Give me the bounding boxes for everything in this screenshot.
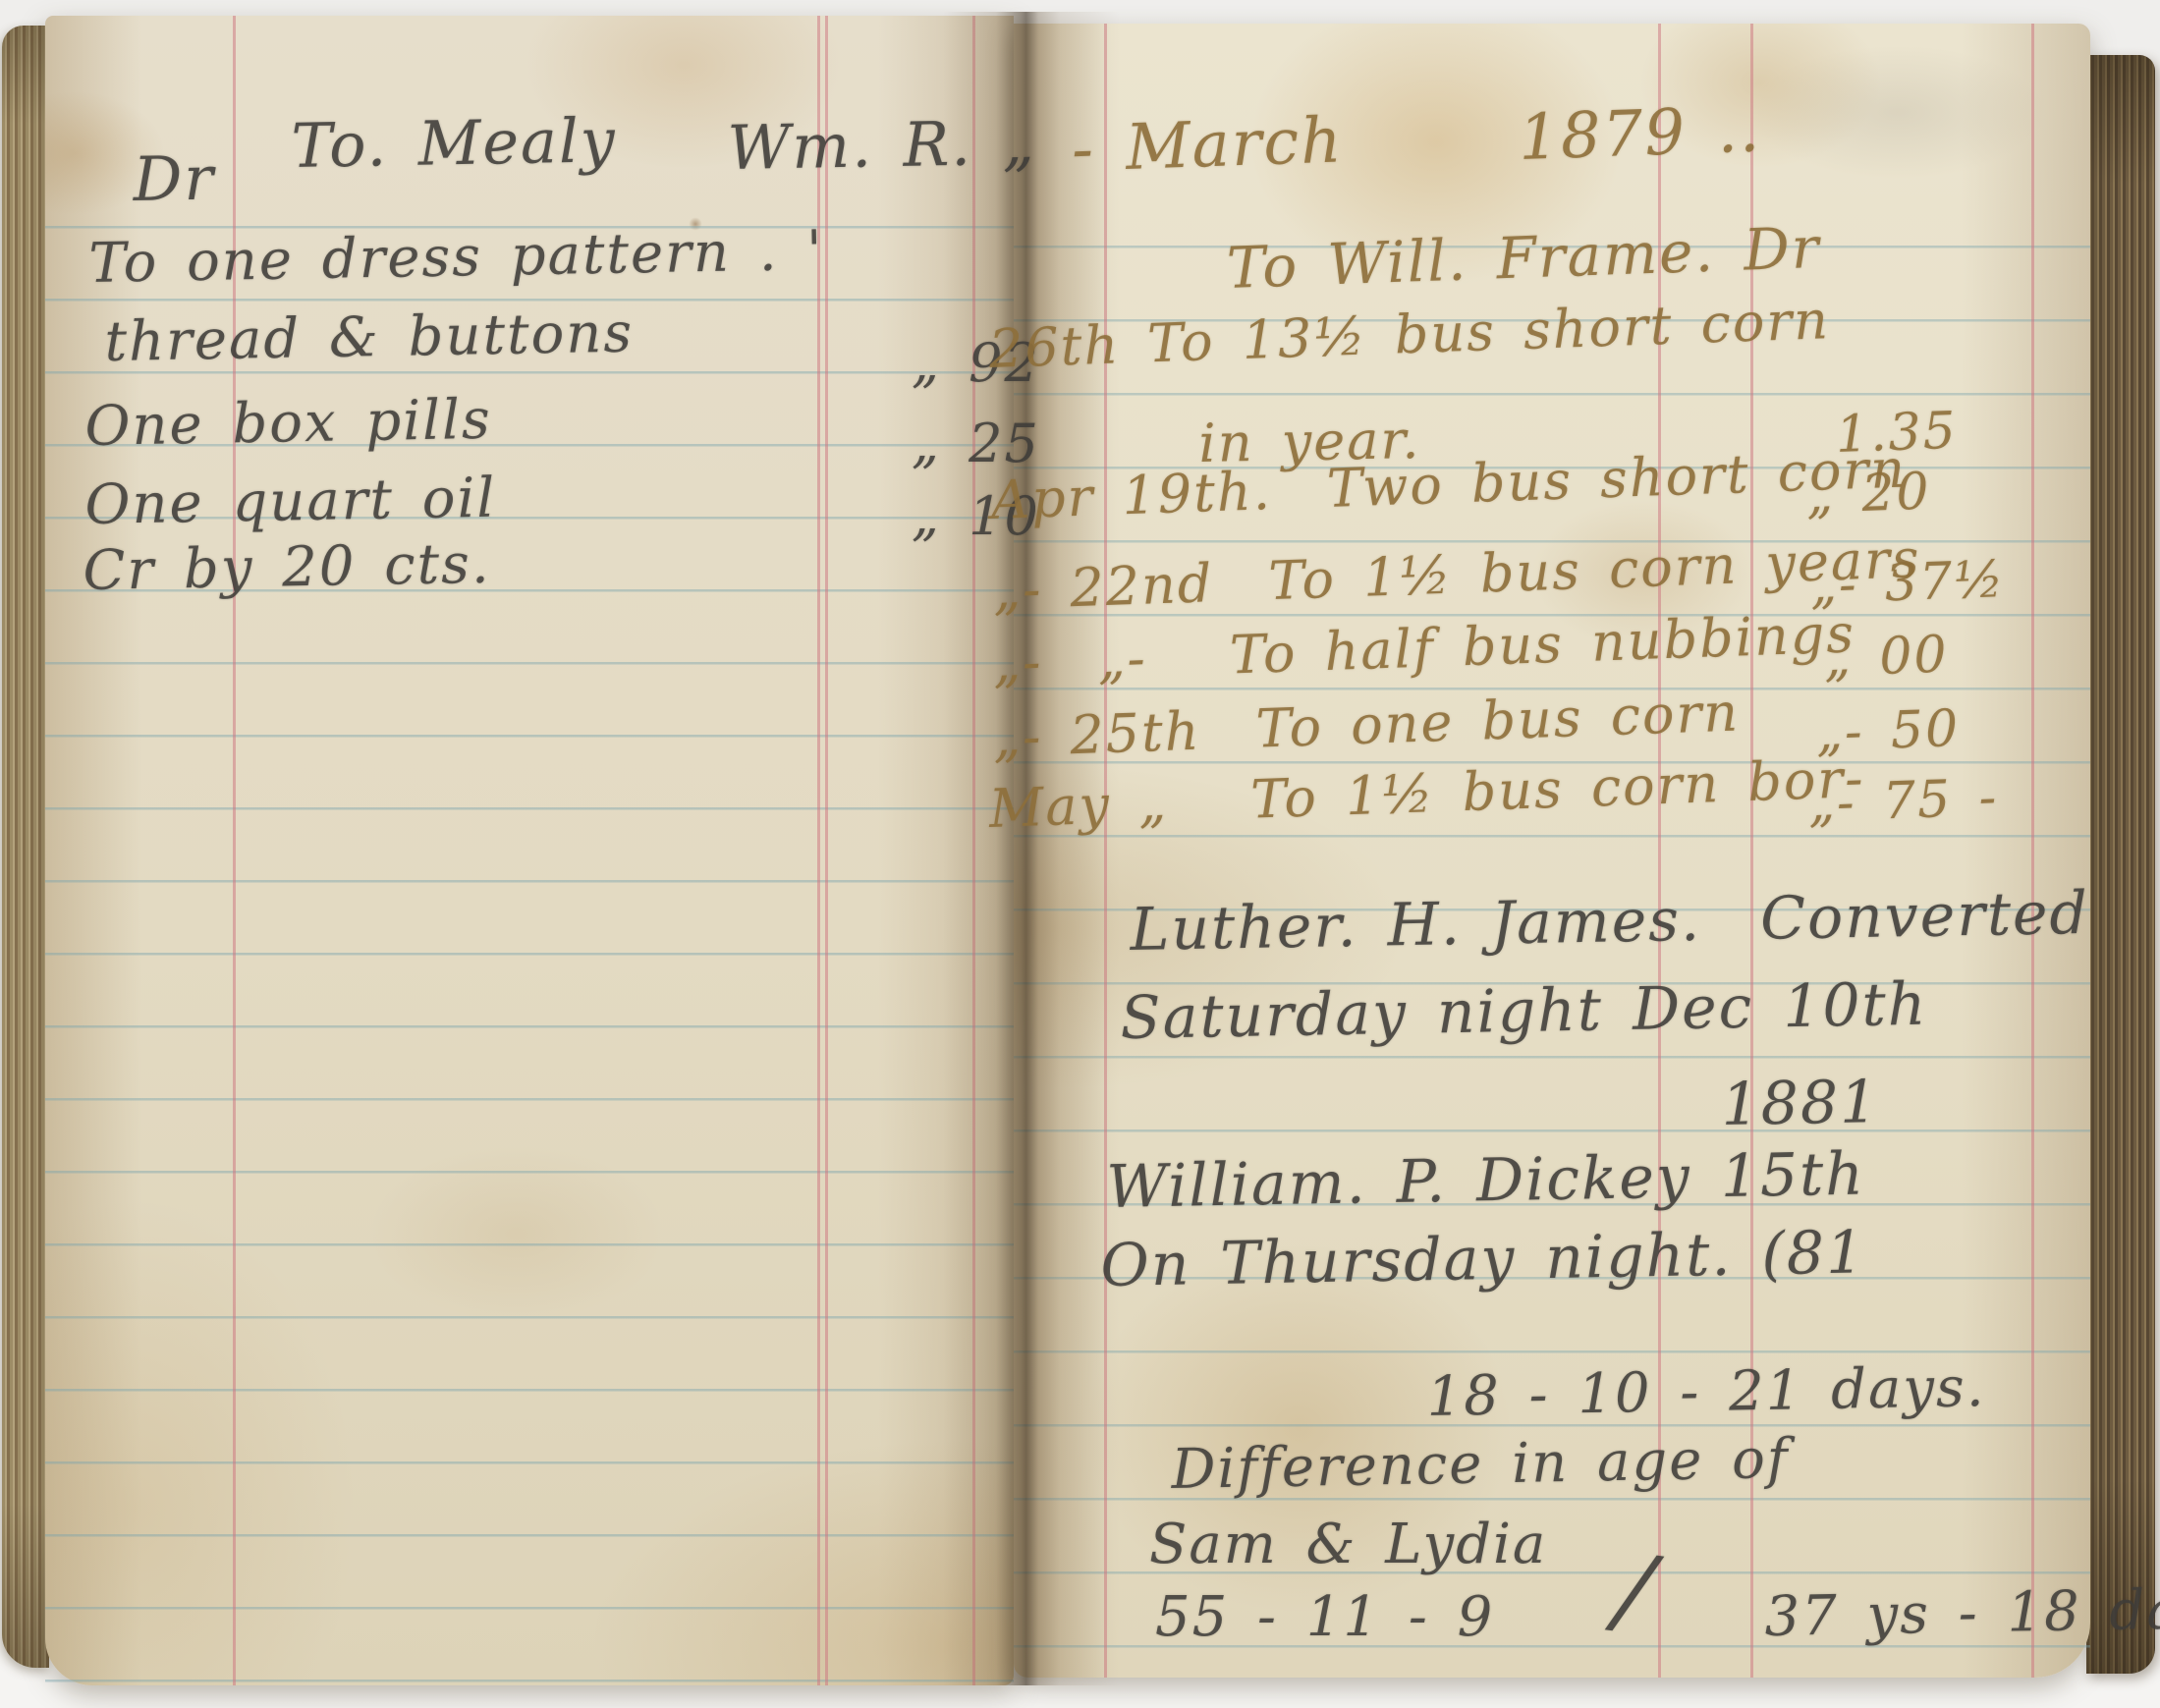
page-heading-text: Dr [133, 146, 215, 212]
ledger-entry-text: „- 25th To one bus corn [992, 685, 1741, 766]
handwriting-layer: DrTo. MealyWm. R. „To one dress pattern … [0, 0, 2160, 1708]
notebook-photo: DrTo. MealyWm. R. „To one dress pattern … [0, 0, 2160, 1708]
ledger-entry-text: One quart oil [84, 470, 497, 535]
ledger-amount: „- 75 - [1807, 771, 1999, 831]
memo-line: William. P. Dickey 15th [1106, 1144, 1865, 1219]
ledger-amount: „ 20 [1805, 466, 1931, 523]
note-line: Sam & Lydia [1149, 1516, 1547, 1574]
memo-line: 1881 [1721, 1072, 1880, 1136]
ledger-entry-text: To one dress pattern . ' [88, 223, 824, 294]
page-heading-text: Wm. R. „ [727, 111, 1036, 181]
page-heading-text: 1879 .. [1518, 97, 1762, 172]
note-line: Difference in age of [1171, 1431, 1790, 1500]
memo-line: On Thursday night. (81 [1100, 1222, 1866, 1297]
ledger-entry-text: „- „- To half bus nubbings [992, 606, 1856, 691]
note-line: 37 ys - 18 days [1764, 1580, 2160, 1646]
memo-line: Luther. H. James. Converted [1130, 883, 2089, 962]
note-line: 18 - 10 - 21 days. [1426, 1359, 1986, 1427]
ledger-entry-text: 26th To 13½ bus short corn [988, 293, 1831, 378]
ledger-amount: „ 00 [1823, 629, 1949, 687]
ledger-amount: „ 25 [912, 416, 1040, 472]
page-heading-text: - March [1071, 108, 1344, 184]
ledger-entry-text: Apr 19th. Two bus short corn [990, 441, 1908, 528]
memo-line: Saturday night Dec 10th [1120, 974, 1928, 1050]
division-slash: / [1611, 1537, 1660, 1644]
ledger-entry-text: thread & buttons [104, 305, 635, 372]
note-line: 55 - 11 - 9 [1155, 1589, 1494, 1647]
page-heading-text: To Will. Frame. Dr [1226, 218, 1821, 299]
ledger-entry-text: One box pills [84, 392, 492, 457]
page-heading-text: To. Mealy [291, 108, 617, 178]
ledger-entry-text: Cr by 20 cts. [83, 536, 491, 601]
